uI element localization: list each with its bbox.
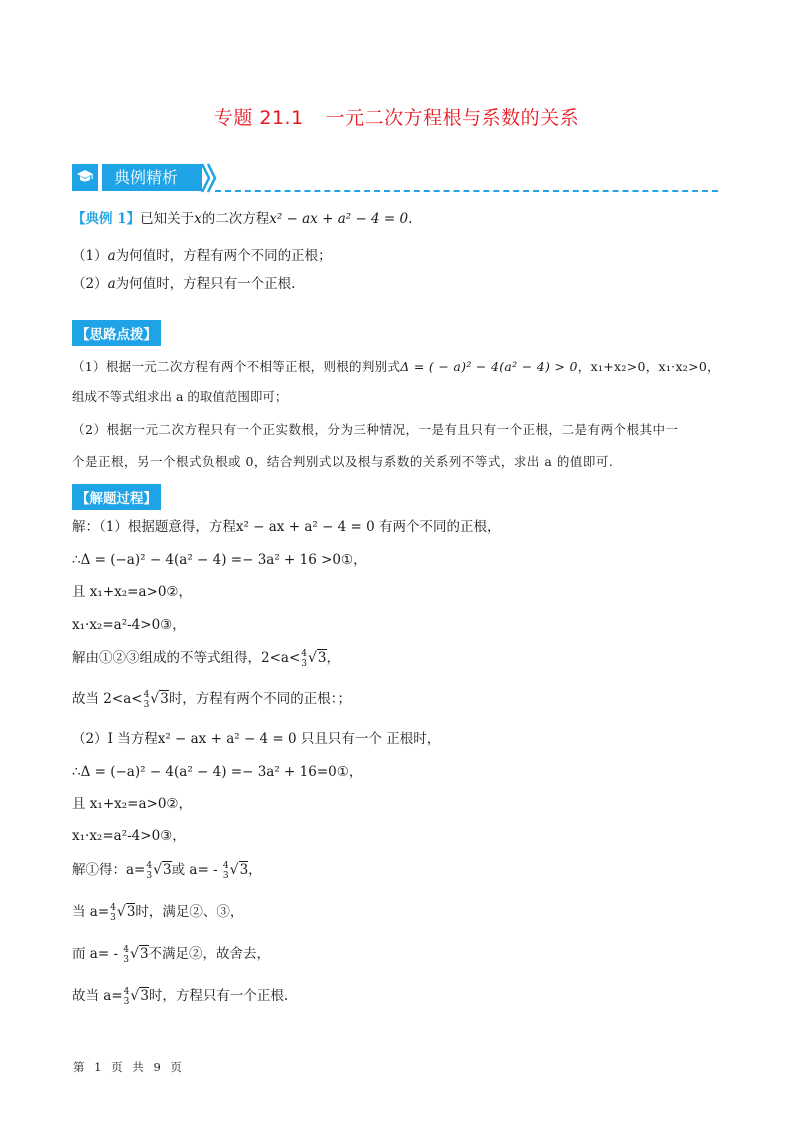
frac-den: 3 [146,871,152,881]
question-var: a [108,276,116,292]
frac-num: 4 [110,903,116,913]
banner-label: 典例精析 [102,164,202,191]
frac-den: 3 [301,659,307,669]
hint-tail: ，x₁+x₂>0，x₁·x₂>0， [578,359,720,374]
line-tail: 时，满足②、③， [135,904,243,920]
question-text: 为何值时，方程只有一个正根. [116,276,296,292]
fraction: 43 [301,649,307,669]
banner-dashed-rule [215,190,718,192]
radicand: 3 [126,903,136,920]
question-num: （1） [72,248,108,264]
solution-line: 解由①②③组成的不等式组得，2<a<43√3， [72,646,340,669]
radicand: 3 [162,861,172,878]
line-tail: ， [327,650,341,666]
solution-line: 故当 a=43√3时，方程只有一个正根. [72,984,288,1007]
stem-var: x [194,211,202,227]
example-stem: 【典例 1】已知关于x的二次方程x² − ax + a² − 4 = 0. [72,207,412,227]
line-text: 而 a= - [72,946,122,962]
example-tag: 【典例 1】 [72,211,140,227]
hint-p2-line2: 个是正根，另一个根式负根或 0，结合判别式以及根与系数的关系列不等式，求出 a … [72,452,613,470]
sqrt-icon: √ [230,862,239,878]
line-tail: 时，方程有两个不同的正根：； [169,691,351,707]
fraction: 43 [223,861,229,881]
sqrt-icon: √ [308,650,317,666]
section-banner: 典例精析 [72,163,718,193]
hint-tag: 【思路点拨】 [72,320,161,346]
solution-line: 故当 2<a<43√3时，方程有两个不同的正根：； [72,687,351,710]
hint-p1-line1: （1）根据一元二次方程有两个不相等正根，则根的判别式Δ = ( − a)² − … [72,357,720,375]
frac-num: 4 [146,861,152,871]
radicand: 3 [239,861,249,878]
question-2: （2）a为何值时，方程只有一个正根. [72,272,295,292]
solution-line: 且 x₁+x₂=a>0②， [72,792,192,812]
frac-den: 3 [123,955,129,965]
stem-end: . [408,211,412,227]
solution-line: x₁·x₂=a²-4>0③， [72,824,186,844]
solution-line: ∴Δ = (−a)² − 4(a² − 4) =− 3a² + 16=0①， [72,760,362,780]
solution-line: ∴Δ = (−a)² − 4(a² − 4) =− 3a² + 16 >0①， [72,548,367,568]
line-text: 解由①②③组成的不等式组得，2<a< [72,650,300,666]
line-text: 当 a= [72,904,109,920]
hint-math: Δ = ( − a)² − 4(a² − 4) > 0 [400,359,578,374]
stem-text: 已知关于 [140,211,194,227]
frac-den: 3 [144,700,150,710]
frac-den: 3 [110,913,116,923]
line-text: 解①得：a= [72,862,145,878]
frac-num: 4 [223,861,229,871]
frac-num: 4 [123,945,129,955]
graduation-cap-icon [76,169,94,185]
question-var: a [108,248,116,264]
question-text: 为何值时，方程有两个不同的正根； [116,248,332,264]
fraction: 43 [144,690,150,710]
frac-num: 4 [124,987,130,997]
solution-line: x₁·x₂=a²-4>0③， [72,613,186,633]
sqrt-icon: √ [130,946,139,962]
page-title: 专题 21.1一元二次方程根与系数的关系 [0,103,793,130]
fraction: 43 [110,903,116,923]
solution-line: （2）I 当方程x² − ax + a² − 4 = 0 只且只有一个 正根时， [72,727,440,747]
fraction: 43 [124,987,130,1007]
sqrt-icon: √ [150,691,159,707]
radicand: 3 [317,649,327,666]
frac-den: 3 [223,871,229,881]
question-num: （2） [72,276,108,292]
banner-icon-box [72,164,98,191]
hint-p1-line2: 组成不等式组求出 a 的取值范围即可； [72,387,287,405]
double-chevron-icon [200,163,218,193]
line-mid: 或 a= - [172,862,222,878]
line-text: 故当 a= [72,988,123,1004]
solution-line: 而 a= - 43√3不满足②，故舍去， [72,942,270,965]
sqrt-icon: √ [153,862,162,878]
radicand: 3 [159,690,169,707]
solution-line: 解：（1）根据题意得，方程x² − ax + a² − 4 = 0 有两个不同的… [72,515,501,535]
stem-equation: x² − ax + a² − 4 = 0 [269,211,408,227]
solution-line: 解①得：a=43√3或 a= - 43√3， [72,858,262,881]
frac-den: 3 [124,997,130,1007]
sqrt-icon: √ [117,904,126,920]
fraction: 43 [123,945,129,965]
radicand: 3 [139,945,149,962]
solution-line: 且 x₁+x₂=a>0②， [72,580,192,600]
title-prefix: 专题 21.1 [214,107,304,129]
hint-p2-line1: （2）根据一元二次方程只有一个正实数根，分为三种情况，一是有且只有一个正根，二是… [72,420,678,438]
line-tail: 时，方程只有一个正根. [149,988,288,1004]
line-tail: 不满足②，故舍去， [149,946,271,962]
line-tail: ， [248,862,262,878]
line-text: 故当 2<a< [72,691,143,707]
solution-tag: 【解题过程】 [72,484,161,510]
solution-line: 当 a=43√3时，满足②、③， [72,900,243,923]
stem-text-mid: 的二次方程 [202,211,270,227]
radicand: 3 [139,987,149,1004]
hint-text: （1）根据一元二次方程有两个不相等正根，则根的判别式 [72,359,400,374]
fraction: 43 [146,861,152,881]
title-text: 一元二次方程根与系数的关系 [326,107,580,129]
frac-num: 4 [301,649,307,659]
question-1: （1）a为何值时，方程有两个不同的正根； [72,244,332,264]
sqrt-icon: √ [130,988,139,1004]
frac-num: 4 [144,690,150,700]
page-footer: 第 1 页 共 9 页 [73,1059,185,1075]
